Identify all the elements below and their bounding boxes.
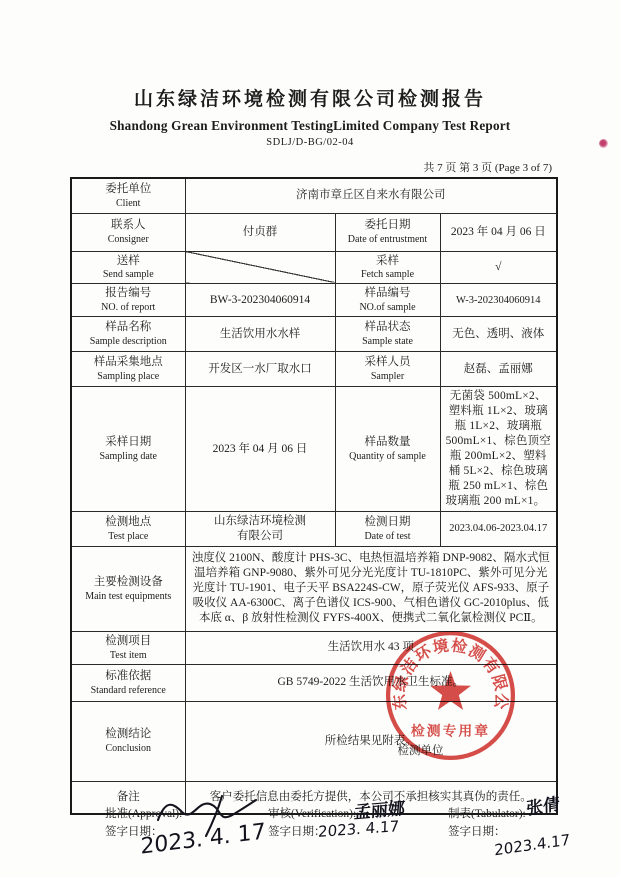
tabulator-label: 制表(Tabulator): [448,805,526,821]
tabulator-sign-date-label: 签字日期： [448,823,506,839]
report-no-value: BW-3-202304060914 [185,284,335,317]
red-ink-dot [599,139,608,148]
table-row: 送样 Send sample 采样 Fetch sample √ [71,251,557,284]
table-row: 联系人 Consigner 付贞群 委托日期 Date of entrustme… [71,213,557,251]
sampler-label: 采样人员 Sampler [335,352,440,387]
report-title-en: Shandong Grean Environment TestingLimite… [0,118,620,134]
sample-desc-value: 生活饮用水水样 [185,317,335,352]
test-date-label: 检测日期 Date of test [335,511,440,546]
table-row: 采样日期 Sampling date 2023 年 04 月 06 日 样品数量… [71,387,557,512]
standard-label: 标准依据 Standard reference [71,664,185,701]
test-place-label: 检测地点 Test place [71,511,185,546]
report-table: 委托单位 Client 济南市章丘区自来水有限公司 联系人 Consigner … [70,177,558,815]
report-title-cn: 山东绿洁环境检测有限公司检测报告 [0,0,620,111]
sampler-value: 赵磊、孟丽娜 [440,352,557,387]
sampling-place-label: 样品采集地点 Sampling place [71,352,185,387]
sample-quantity-label: 样品数量 Quantity of sample [335,387,440,512]
table-row: 标准依据 Standard reference GB 5749-2022 生活饮… [71,664,557,701]
equipment-label: 主要检测设备 Main test equipments [71,546,185,631]
page-number-info: 共 7 页 第 3 页 (Page 3 of 7) [70,159,552,175]
consigner-label: 联系人 Consigner [71,213,185,251]
table-row: 委托单位 Client 济南市章丘区自来水有限公司 [71,178,557,213]
test-date-value: 2023.04.06-2023.04.17 [440,511,557,546]
sampling-place-value: 开发区一水厂取水口 [185,352,335,387]
sample-quantity-value: 无菌袋 500mL×2、塑料瓶 1L×2、玻璃瓶 1L×2、玻璃瓶 500mL×… [440,387,557,512]
entrust-date-label: 委托日期 Date of entrustment [335,213,440,251]
send-sample-label: 送样 Send sample [71,251,185,284]
entrust-date-value: 2023 年 04 月 06 日 [440,213,557,251]
sample-no-label: 样品编号 NO.of sample [335,284,440,317]
test-item-label: 检测项目 Test item [71,631,185,664]
tabulator-name-handwritten: 张倩 [526,789,560,820]
report-page: 山东绿洁环境检测有限公司检测报告 Shandong Grean Environm… [0,0,620,877]
report-no-label: 报告编号 NO. of report [71,284,185,317]
verification-sign-date-label: 签字日期： [268,823,326,839]
document-code: SDLJ/D-BG/02-04 [0,137,620,148]
table-row: 检测结论 Conclusion 所检结果见附表。 检测单位 [71,701,557,781]
table-row: 检测项目 Test item 生活饮用水 43 项 [71,631,557,664]
table-row: 检测地点 Test place 山东绿洁环境检测 有限公司 检测日期 Date … [71,511,557,546]
table-row: 样品名称 Sample description 生活饮用水水样 样品状态 Sam… [71,317,557,352]
sample-no-value: W-3-202304060914 [440,284,557,317]
table-row: 报告编号 NO. of report BW-3-202304060914 样品编… [71,284,557,317]
send-sample-value-crossed [185,251,335,284]
table-row: 样品采集地点 Sampling place 开发区一水厂取水口 采样人员 Sam… [71,352,557,387]
sampling-date-label: 采样日期 Sampling date [71,387,185,512]
client-label: 委托单位 Client [71,178,185,213]
sample-state-label: 样品状态 Sample state [335,317,440,352]
verification-label: 审核(Verification): [268,805,356,821]
test-item-value: 生活饮用水 43 项 [185,631,557,664]
fetch-sample-label: 采样 Fetch sample [335,251,440,284]
conclusion-label: 检测结论 Conclusion [71,701,185,781]
sampling-date-value: 2023 年 04 月 06 日 [185,387,335,512]
conclusion-value-cell: 所检结果见附表。 检测单位 [185,701,557,781]
consigner-value: 付贞群 [185,213,335,251]
equipment-value: 浊度仪 2100N、酸度计 PHS-3C、电热恒温培养箱 DNP-9082、隔水… [185,546,557,631]
sample-desc-label: 样品名称 Sample description [71,317,185,352]
sample-state-value: 无色、透明、液体 [440,317,557,352]
test-place-value: 山东绿洁环境检测 有限公司 [185,511,335,546]
fetch-sample-checkmark: √ [440,251,557,284]
test-unit-label: 检测单位 [398,744,444,759]
standard-value: GB 5749-2022 生活饮用水卫生标准。 [185,664,557,701]
client-value: 济南市章丘区自来水有限公司 [185,178,557,213]
table-row: 主要检测设备 Main test equipments 浊度仪 2100N、酸度… [71,546,557,631]
